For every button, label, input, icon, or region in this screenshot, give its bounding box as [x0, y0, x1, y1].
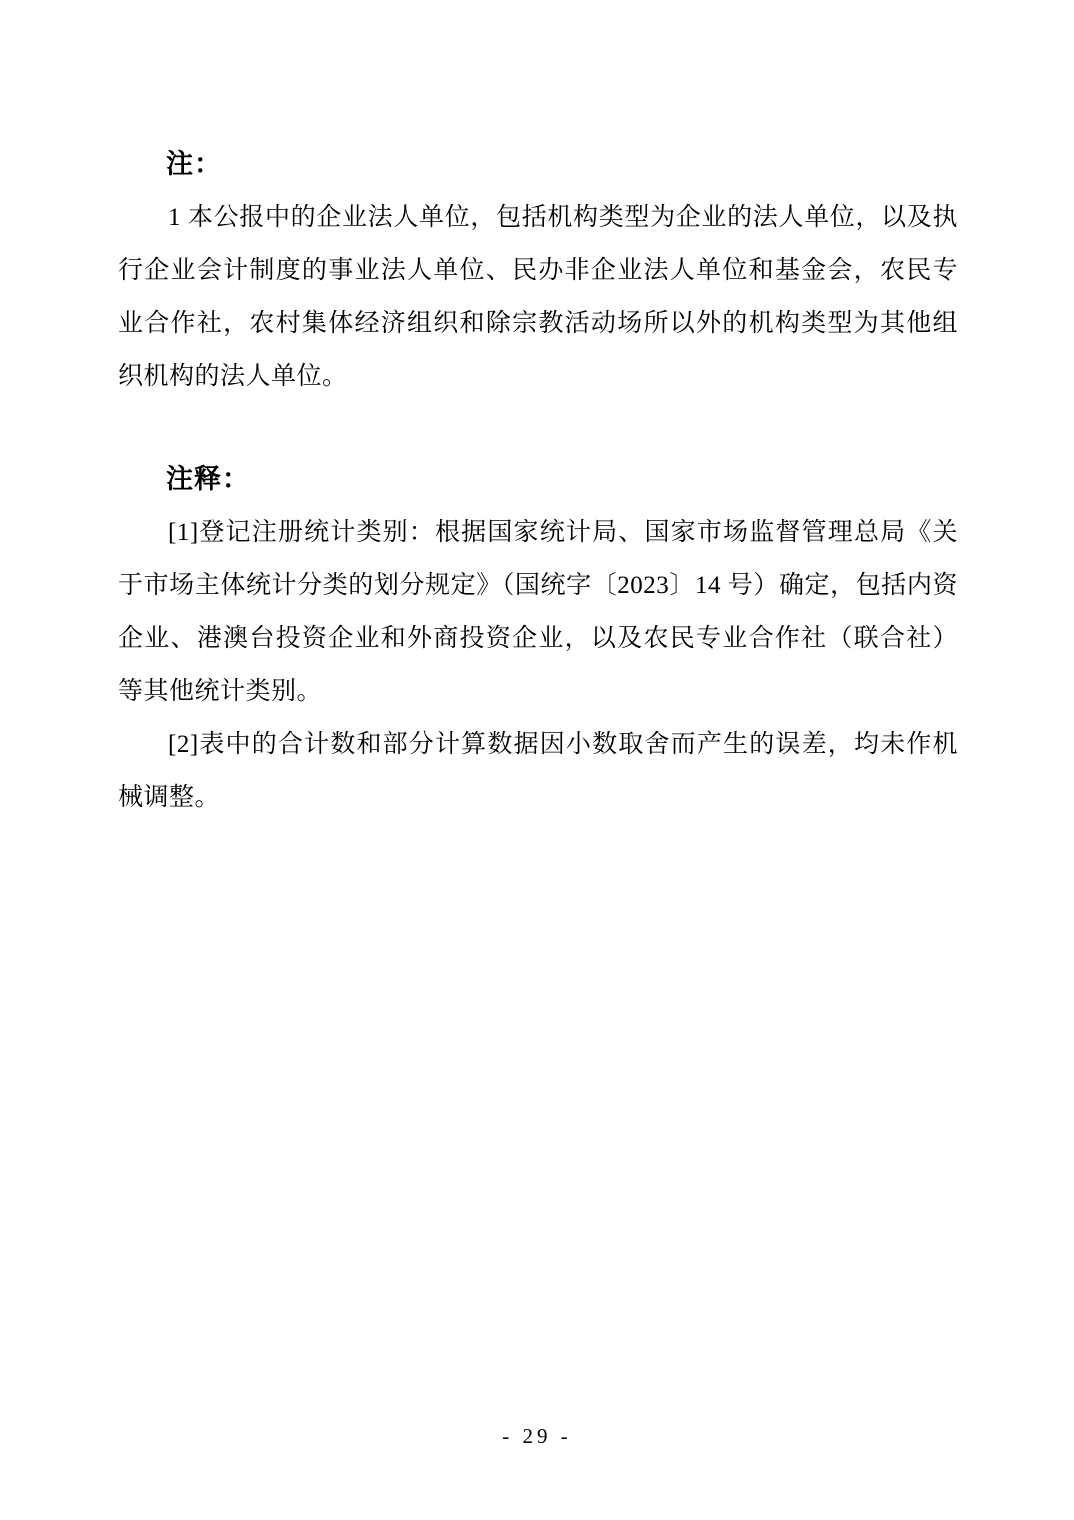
- document-page: 注： 1 本公报中的企业法人单位，包括机构类型为企业的法人单位，以及执行企业会计…: [0, 0, 1074, 1520]
- note-section-heading: 注：: [118, 138, 958, 191]
- page-number: - 29 -: [502, 1424, 572, 1448]
- document-content: 注： 1 本公报中的企业法人单位，包括机构类型为企业的法人单位，以及执行企业会计…: [118, 138, 958, 824]
- note-paragraph: 1 本公报中的企业法人单位，包括机构类型为企业的法人单位，以及执行企业会计制度的…: [118, 191, 958, 403]
- page-footer: - 29 -: [0, 1424, 1074, 1448]
- annotation-section-heading: 注释：: [118, 453, 958, 506]
- section-gap: [118, 403, 958, 453]
- annotation-paragraph-2: [2]表中的合计数和部分计算数据因小数取舍而产生的误差，均未作机械调整。: [118, 718, 958, 824]
- annotation-paragraph-1: [1]登记注册统计类别：根据国家统计局、国家市场监督管理总局《关于市场主体统计分…: [118, 506, 958, 718]
